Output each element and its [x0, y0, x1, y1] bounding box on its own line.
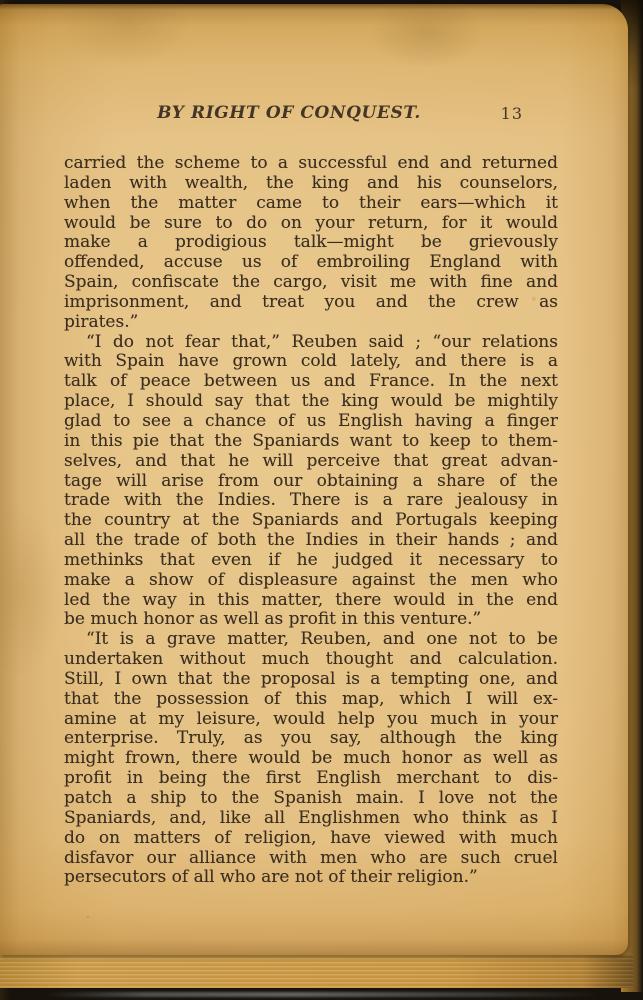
text-line: “It is a grave matter, Reuben, and one n… [64, 630, 558, 650]
text-line: the country at the Spaniards and Portuga… [64, 511, 558, 531]
text-line: Spain, confiscate the cargo, visit me wi… [64, 273, 558, 293]
text-line: selves, and that he will perceive that g… [64, 452, 558, 472]
text-line: do on matters of religion, have viewed w… [64, 829, 558, 849]
text-line: be much honor as well as profit in this … [64, 610, 558, 630]
text-line: when the matter came to their ears—which… [64, 194, 558, 214]
text-line: might frown, there would be much honor a… [64, 749, 558, 769]
page-stack-edge [0, 954, 633, 988]
text-line: methinks that even if he judged it neces… [64, 551, 558, 571]
text-line: trade with the Indies. There is a rare j… [64, 491, 558, 511]
text-line: laden with wealth, the king and his coun… [64, 174, 558, 194]
page-content: BY RIGHT OF CONQUEST. 13 carried the sch… [64, 103, 558, 888]
text-line: make a show of displeasure against the m… [64, 571, 558, 591]
running-title: BY RIGHT OF CONQUEST. [42, 103, 536, 123]
body-text: carried the scheme to a successful end a… [64, 154, 558, 888]
text-line: all the trade of both the Indies in thei… [64, 531, 558, 551]
text-line: that the possession of this map, which I… [64, 690, 558, 710]
page-header: BY RIGHT OF CONQUEST. 13 [64, 103, 558, 125]
table-glare [45, 992, 600, 997]
text-line: imprisonment, and treat you and the crew… [64, 293, 558, 313]
text-line: would be sure to do on your return, for … [64, 214, 558, 234]
text-line: led the way in this matter, there would … [64, 591, 558, 611]
text-line: pirates.” [64, 313, 558, 333]
book-page: BY RIGHT OF CONQUEST. 13 carried the sch… [0, 4, 628, 955]
text-line: place, I should say that the king would … [64, 392, 558, 412]
text-line: Spaniards, and, like all Englishmen who … [64, 809, 558, 829]
text-line: patch a ship to the Spanish main. I love… [64, 789, 558, 809]
text-line: glad to see a chance of us English havin… [64, 412, 558, 432]
text-line: tage will arise from our obtaining a sha… [64, 472, 558, 492]
text-line: Still, I own that the proposal is a temp… [64, 670, 558, 690]
page-number: 13 [501, 104, 523, 123]
text-line: amine at my leisure, would help you much… [64, 710, 558, 730]
text-line: profit in being the first English mercha… [64, 769, 558, 789]
text-line: carried the scheme to a successful end a… [64, 154, 558, 174]
text-line: make a prodigious talk—might be grievous… [64, 233, 558, 253]
text-line: offended, accuse us of embroiling Englan… [64, 253, 558, 273]
book-photo: BY RIGHT OF CONQUEST. 13 carried the sch… [0, 0, 643, 1000]
text-line: with Spain have grown cold lately, and t… [64, 352, 558, 372]
text-line: enterprise. Truly, as you say, although … [64, 729, 558, 749]
text-line: persecutors of all who are not of their … [64, 868, 558, 888]
text-line: disfavor our alliance with men who are s… [64, 849, 558, 869]
text-line: undertaken without much thought and calc… [64, 650, 558, 670]
text-line: talk of peace between us and France. In … [64, 372, 558, 392]
text-line: “I do not fear that,” Reuben said ; “our… [64, 333, 558, 353]
text-line: in this pie that the Spaniards want to k… [64, 432, 558, 452]
